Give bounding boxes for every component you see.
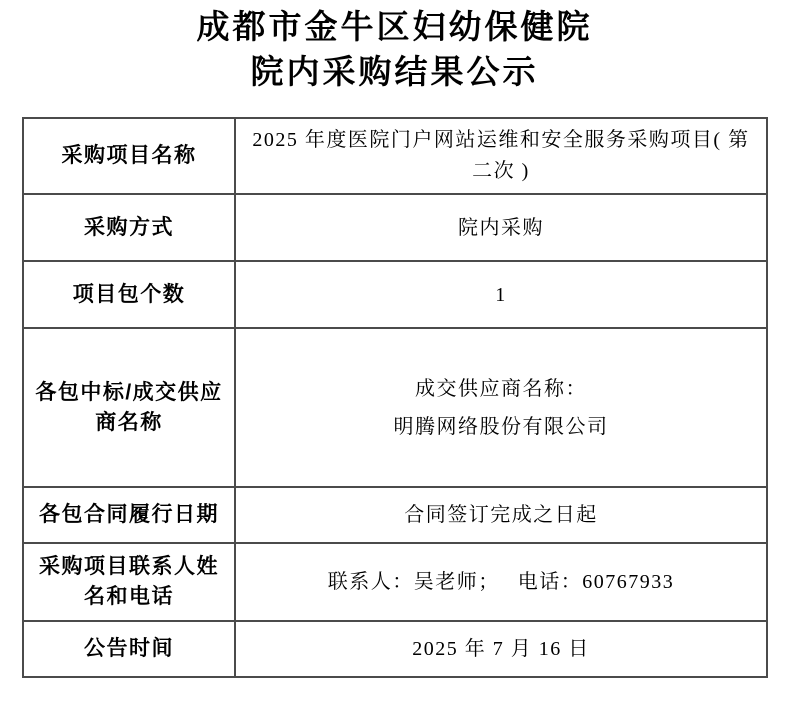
row-label: 项目包个数 — [23, 261, 235, 328]
page-title-line-1: 成都市金牛区妇幼保健院 — [0, 6, 789, 51]
row-label: 各包合同履行日期 — [23, 487, 235, 543]
border-gap-artifact — [727, 689, 732, 694]
document-page: 成都市金牛区妇幼保健院 院内采购结果公示 采购项目名称 2025 年度医院门户网… — [0, 0, 789, 96]
table-row-package-count: 项目包个数 1 — [23, 261, 767, 328]
page-title-line-2: 院内采购结果公示 — [0, 51, 789, 96]
row-value: 2025 年 7 月 16 日 — [235, 621, 767, 677]
table-row-project-name: 采购项目名称 2025 年度医院门户网站运维和安全服务采购项目( 第 二次 ) — [23, 118, 767, 194]
row-label: 采购项目联系人姓 名和电话 — [23, 543, 235, 621]
row-label: 采购方式 — [23, 194, 235, 261]
table-row-contract-date: 各包合同履行日期 合同签订完成之日起 — [23, 487, 767, 543]
page-title: 成都市金牛区妇幼保健院 院内采购结果公示 — [0, 0, 789, 96]
row-value: 联系人：吴老师； 电话：60767933 — [235, 543, 767, 621]
row-label: 采购项目名称 — [23, 118, 235, 194]
row-value: 合同签订完成之日起 — [235, 487, 767, 543]
table-row-contact-info: 采购项目联系人姓 名和电话 联系人：吴老师； 电话：60767933 — [23, 543, 767, 621]
table-row-announcement-date: 公告时间 2025 年 7 月 16 日 — [23, 621, 767, 677]
table-row-procurement-method: 采购方式 院内采购 — [23, 194, 767, 261]
border-gap-artifact — [711, 689, 717, 694]
row-label: 各包中标/成交供应 商名称 — [23, 328, 235, 487]
row-value: 2025 年度医院门户网站运维和安全服务采购项目( 第 二次 ) — [235, 118, 767, 194]
row-value: 成交供应商名称： 明腾网络股份有限公司 — [235, 328, 767, 487]
row-label: 公告时间 — [23, 621, 235, 677]
table-row-winning-supplier: 各包中标/成交供应 商名称 成交供应商名称： 明腾网络股份有限公司 — [23, 328, 767, 487]
row-value: 院内采购 — [235, 194, 767, 261]
procurement-result-table: 采购项目名称 2025 年度医院门户网站运维和安全服务采购项目( 第 二次 ) … — [22, 117, 768, 678]
row-value: 1 — [235, 261, 767, 328]
